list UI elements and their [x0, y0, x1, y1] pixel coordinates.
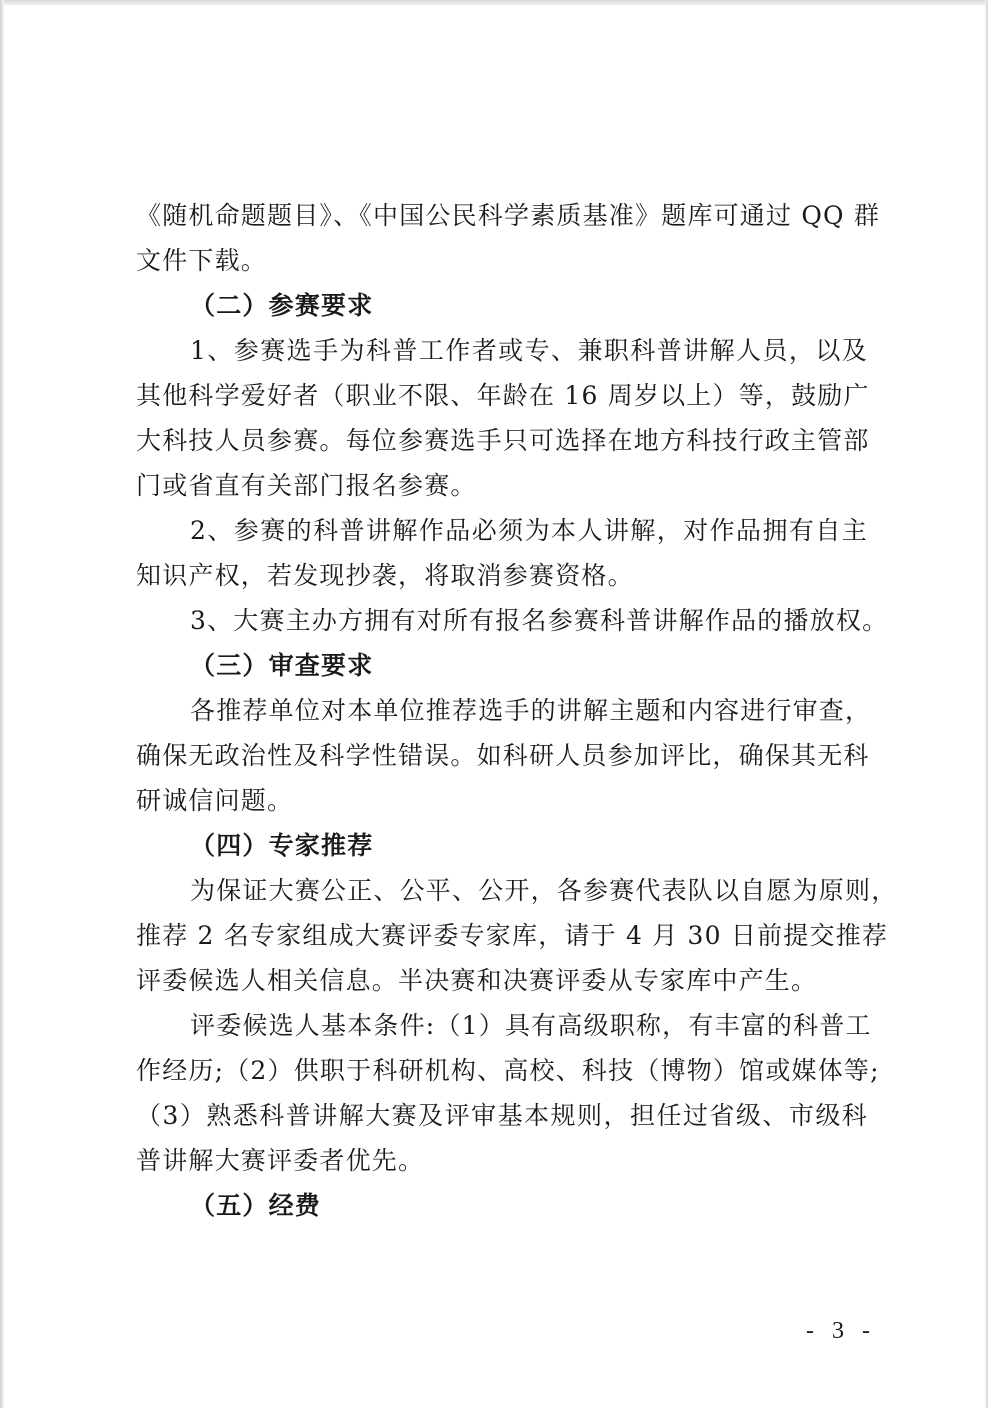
- section-heading: （五）经费: [136, 1183, 868, 1228]
- body-line: 普讲解大赛评委者优先。: [136, 1138, 868, 1183]
- body-line: 作经历;（2）供职于科研机构、高校、科技（博物）馆或媒体等;: [136, 1048, 868, 1093]
- body-line: 1、参赛选手为科普工作者或专、兼职科普讲解人员，以及: [136, 328, 868, 373]
- body-line: 文件下载。: [136, 238, 868, 283]
- section-heading: （四）专家推荐: [136, 823, 868, 868]
- scan-edge-top: [0, 0, 988, 5]
- page-number: - 3 -: [806, 1318, 876, 1345]
- body-line: 推荐 2 名专家组成大赛评委专家库，请于 4 月 30 日前提交推荐: [136, 913, 868, 958]
- section-heading: （二）参赛要求: [136, 283, 868, 328]
- scan-edge-left: [0, 0, 4, 1408]
- section-heading: （三）审查要求: [136, 643, 868, 688]
- body-line: 评委候选人基本条件:（1）具有高级职称，有丰富的科普工: [136, 1003, 868, 1048]
- body-line: 大科技人员参赛。每位参赛选手只可选择在地方科技行政主管部: [136, 418, 868, 463]
- body-line: 确保无政治性及科学性错误。如科研人员参加评比，确保其无科: [136, 733, 868, 778]
- body-line: 评委候选人相关信息。半决赛和决赛评委从专家库中产生。: [136, 958, 868, 1003]
- body-line: 各推荐单位对本单位推荐选手的讲解主题和内容进行审查，: [136, 688, 868, 733]
- body-line: 门或省直有关部门报名参赛。: [136, 463, 868, 508]
- body-line: 《随机命题题目》、《中国公民科学素质基准》题库可通过 QQ 群: [136, 193, 868, 238]
- body-line: 知识产权，若发现抄袭，将取消参赛资格。: [136, 553, 868, 598]
- body-line: 为保证大赛公正、公平、公开，各参赛代表队以自愿为原则，: [136, 868, 868, 913]
- body-line: （3）熟悉科普讲解大赛及评审基本规则，担任过省级、市级科: [136, 1093, 868, 1138]
- body-line: 2、参赛的科普讲解作品必须为本人讲解，对作品拥有自主: [136, 508, 868, 553]
- document-body: 《随机命题题目》、《中国公民科学素质基准》题库可通过 QQ 群 文件下载。 （二…: [136, 193, 868, 1228]
- body-line: 其他科学爱好者（职业不限、年龄在 16 周岁以上）等，鼓励广: [136, 373, 868, 418]
- body-line: 3、大赛主办方拥有对所有报名参赛科普讲解作品的播放权。: [136, 598, 868, 643]
- body-line: 研诚信问题。: [136, 778, 868, 823]
